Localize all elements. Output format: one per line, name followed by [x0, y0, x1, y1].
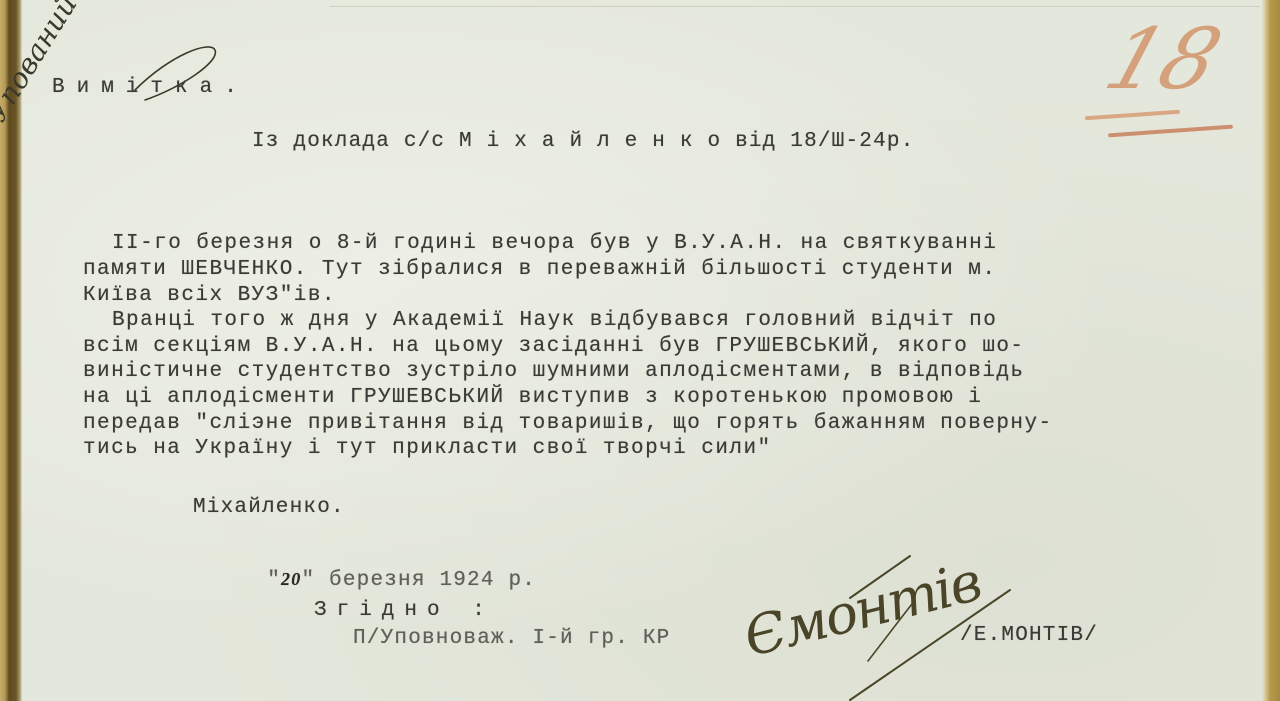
- official-title: П/Уповноваж. І-й гр. КР: [353, 628, 670, 649]
- document-subtitle: Із доклада с/с М і х а й л е н к о від 1…: [252, 131, 915, 152]
- body-line-8: передав "сліэне привітання від товаришів…: [83, 413, 1053, 434]
- binding-right-edge: [1262, 0, 1280, 701]
- body-line-3: Київа всіх ВУЗ"ів.: [83, 285, 336, 306]
- date-rest: " березня 1924 р.: [301, 569, 536, 592]
- report-author: Міхайленко.: [193, 497, 345, 518]
- document-title: Вимітка.: [52, 77, 249, 98]
- officer-name: /Е.МОНТІВ/: [960, 625, 1098, 646]
- archival-document-page: Вимітка. Із доклада с/с М і х а й л е н …: [0, 0, 1280, 701]
- agreed-label: Згідно :: [314, 600, 495, 621]
- body-line-2: памяти ШЕВЧЕНКО. Тут зібралися в переваж…: [83, 259, 996, 280]
- body-line-7: на ці аплодісменти ГРУШЕВСЬКИЙ виступив …: [83, 387, 982, 408]
- top-ruled-line: [330, 0, 1260, 7]
- body-line-6: виністичне студентство зустріло шумними …: [83, 361, 1025, 382]
- body-line-1: ІІ-го березня о 8-й годині вечора був у …: [112, 233, 997, 254]
- body-line-5: всім секціям В.У.А.Н. на цьому засіданні…: [83, 336, 1025, 357]
- date-open-quote: ": [267, 569, 281, 592]
- date-day-handwritten: 20: [281, 569, 301, 589]
- body-line-4: Вранці того ж дня у Академії Наук відбув…: [112, 310, 997, 331]
- body-line-9: тись на Україну і тут прикласти свої тво…: [83, 438, 772, 459]
